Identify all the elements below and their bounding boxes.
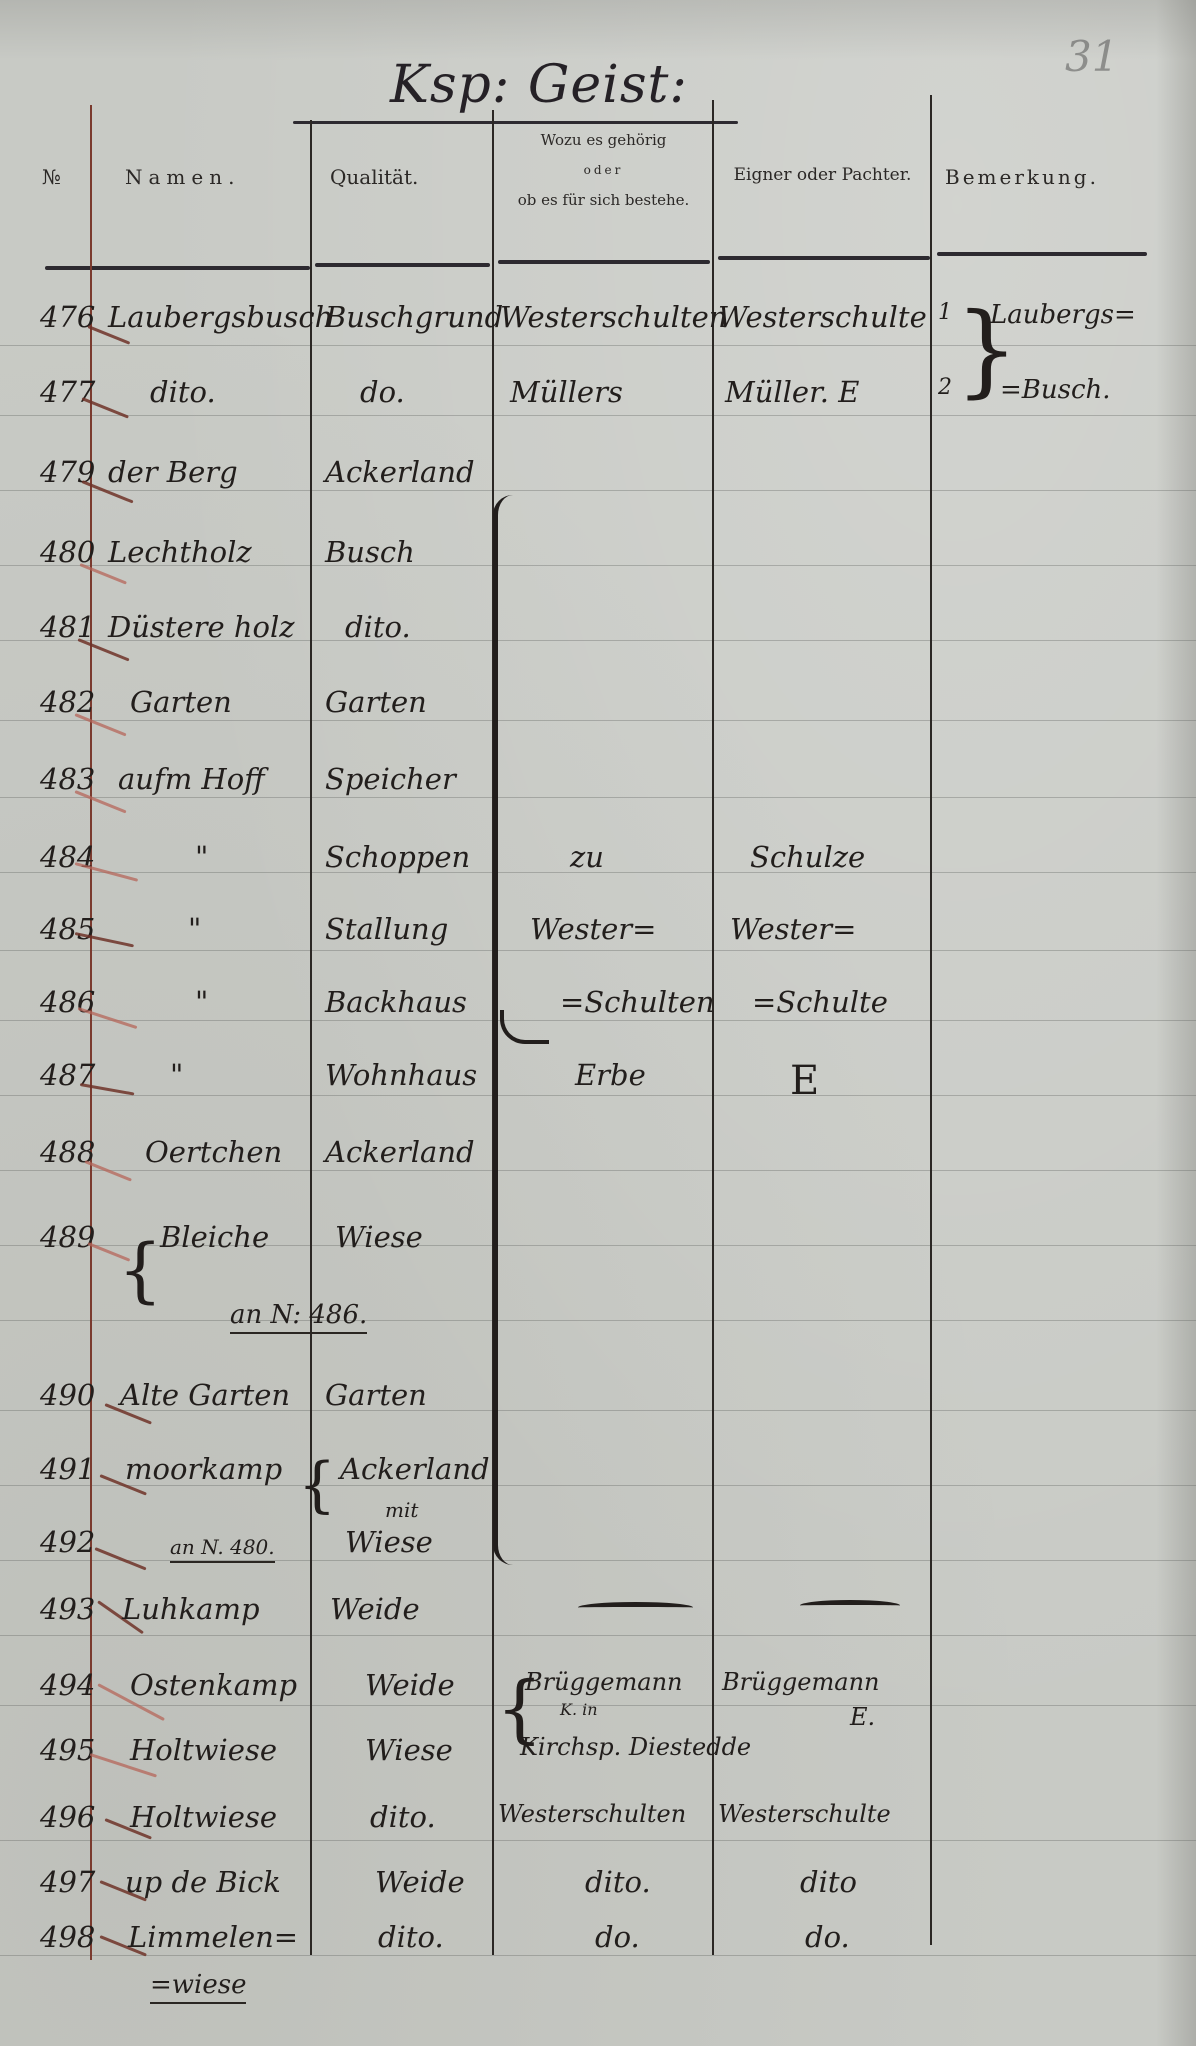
row-wozu: Brüggemann bbox=[525, 1668, 682, 1696]
row-name: Alte Garten bbox=[120, 1378, 290, 1412]
table-row: 482 Garten Garten bbox=[0, 685, 1196, 745]
table-row: 493 Luhkamp Weide bbox=[0, 1592, 1196, 1652]
brace-icon: { bbox=[298, 1455, 336, 1515]
row-wozu: do. bbox=[595, 1920, 640, 1954]
row-qualitaet: Wiese bbox=[365, 1733, 453, 1767]
header-wozu-line3: ob es für sich bestehe. bbox=[496, 185, 711, 215]
row-name: " bbox=[170, 1058, 183, 1092]
row-eigner: Müller. E bbox=[725, 375, 859, 409]
page-number: 31 bbox=[1065, 32, 1118, 81]
row-number: 480 bbox=[40, 535, 100, 569]
row-name: moorkamp bbox=[125, 1452, 282, 1486]
row-qualitaet: dito. bbox=[345, 610, 411, 644]
table-row: 495 Holtwiese Wiese Kirchsp. Diestedde E… bbox=[0, 1733, 1196, 1793]
header-qualitaet: Qualität. bbox=[330, 165, 418, 189]
table-row: 491 moorkamp Ackerland bbox=[0, 1452, 1196, 1512]
row-qualitaet: Busch bbox=[325, 535, 415, 569]
row-number: 498 bbox=[40, 1920, 100, 1954]
row-number: 483 bbox=[40, 762, 100, 796]
table-row: 480 Lechtholz Busch bbox=[0, 535, 1196, 595]
row-number: 496 bbox=[40, 1800, 100, 1834]
row-name: " bbox=[188, 912, 201, 946]
row-name: Düstere holz bbox=[108, 610, 295, 644]
row-qualitaet: do. bbox=[360, 375, 405, 409]
table-row: 485 " Stallung Wester= Wester= bbox=[0, 912, 1196, 972]
paper-shadow-top bbox=[0, 0, 1196, 60]
row-qualitaet: Ackerland bbox=[325, 1135, 475, 1169]
row-name: Limmelen= bbox=[128, 1920, 298, 1954]
row-name: Luhkamp bbox=[122, 1592, 260, 1626]
header-bottom-rule bbox=[315, 263, 490, 267]
header-wozu-line2: oder bbox=[496, 155, 711, 185]
row-name: der Berg bbox=[108, 455, 238, 489]
row-number: 482 bbox=[40, 685, 100, 719]
header-bottom-rule bbox=[45, 266, 310, 270]
table-row: 497 up de Bick Weide dito. dito bbox=[0, 1865, 1196, 1925]
row-eigner: dito bbox=[800, 1865, 857, 1899]
row-wozu: Kirchsp. Diestedde bbox=[520, 1733, 751, 1761]
table-row: 487 " Wohnhaus Erbe E bbox=[0, 1058, 1196, 1118]
row-name: Ostenkamp bbox=[130, 1668, 297, 1702]
row-number: 491 bbox=[40, 1452, 100, 1486]
row-qualitaet: Ackerland bbox=[325, 455, 475, 489]
table-row: 496 Holtwiese dito. Westerschulten Weste… bbox=[0, 1800, 1196, 1860]
header-bottom-rule bbox=[498, 260, 710, 264]
row-number: 494 bbox=[40, 1668, 100, 1702]
table-row: 486 " Backhaus =Schulten =Schulte bbox=[0, 985, 1196, 1045]
row-wozu: dito. bbox=[585, 1865, 651, 1899]
table-row: 488 Oertchen Ackerland bbox=[0, 1135, 1196, 1195]
table-row: 483 aufm Hoff Speicher bbox=[0, 762, 1196, 822]
row-wozu: Westerschulten bbox=[500, 300, 727, 334]
flourish-divider bbox=[800, 1600, 900, 1611]
strike-mark bbox=[94, 1547, 146, 1570]
row-wozu: Erbe bbox=[575, 1058, 646, 1092]
flourish-divider bbox=[578, 1602, 693, 1613]
row-bemerkung-index: 1 bbox=[938, 300, 952, 325]
row-name: dito. bbox=[150, 375, 216, 409]
row-qualitaet: Garten bbox=[325, 1378, 427, 1412]
row-qualitaet: Stallung bbox=[325, 912, 448, 946]
row-name: Holtwiese bbox=[130, 1800, 277, 1834]
row-number: 485 bbox=[40, 912, 100, 946]
row-name: Bleiche bbox=[160, 1220, 269, 1254]
row-number: 497 bbox=[40, 1865, 100, 1899]
bemerkung-text-1: Laubergs= bbox=[990, 300, 1136, 330]
row-qualitaet: Schoppen bbox=[325, 840, 470, 874]
header-wozu: Wozu es gehörig oder ob es für sich best… bbox=[496, 125, 711, 215]
row-number: 481 bbox=[40, 610, 100, 644]
row-name: " bbox=[195, 840, 208, 874]
table-row: 484 " Schoppen zu Schulze bbox=[0, 840, 1196, 900]
header-bemerkung: Bemerkung. bbox=[945, 165, 1099, 189]
table-row: 494 Ostenkamp Weide Brüggemann Brüggeman… bbox=[0, 1668, 1196, 1728]
row-qualitaet: dito. bbox=[378, 1920, 444, 1954]
header-eigner: Eigner oder Pachter. bbox=[715, 165, 930, 185]
row-qualitaet: Buschgrund bbox=[325, 300, 503, 334]
row-qualitaet: Garten bbox=[325, 685, 427, 719]
row-eigner: E. bbox=[850, 1703, 875, 1731]
ruled-line bbox=[0, 1320, 1196, 1321]
row-name: Garten bbox=[130, 685, 232, 719]
row-eigner: Westerschulte bbox=[718, 300, 927, 334]
table-row: 489 Bleiche Wiese bbox=[0, 1220, 1196, 1280]
parish-title: Ksp: Geist: bbox=[390, 55, 688, 115]
row-eigner: Westerschulte bbox=[718, 1800, 891, 1828]
row-bemerkung-index: 2 bbox=[938, 375, 952, 400]
row-qualitaet: Weide bbox=[375, 1865, 465, 1899]
row-eigner: Brüggemann bbox=[722, 1668, 879, 1696]
row-name: Holtwiese bbox=[130, 1733, 277, 1767]
header-namen: Namen. bbox=[125, 165, 240, 189]
row-eigner: Wester= bbox=[730, 912, 856, 946]
row-number: 492 bbox=[40, 1525, 100, 1559]
row-qualitaet: dito. bbox=[370, 1800, 436, 1834]
row-wozu: =Schulten bbox=[560, 985, 715, 1019]
row-name: Laubergsbusch bbox=[108, 300, 333, 334]
row-name: Lechtholz bbox=[108, 535, 252, 569]
row-qualitaet: Weide bbox=[365, 1668, 455, 1702]
row-wozu: Wester= bbox=[530, 912, 656, 946]
row-eigner: =Schulte bbox=[752, 985, 888, 1019]
row-number: 489 bbox=[40, 1220, 100, 1254]
row-491-mit: mit bbox=[385, 1498, 418, 1522]
row-495-superscript: K. in bbox=[560, 1700, 598, 1719]
header-no: № bbox=[42, 165, 61, 189]
row-qualitaet: Wohnhaus bbox=[325, 1058, 477, 1092]
row-qualitaet: Ackerland bbox=[340, 1452, 490, 1486]
row-name: up de Bick bbox=[125, 1865, 281, 1899]
row-498-continuation: =wiese bbox=[150, 1970, 246, 2004]
row-number: 490 bbox=[40, 1378, 100, 1412]
header-wozu-line1: Wozu es gehörig bbox=[496, 125, 711, 155]
row-wozu: Westerschulten bbox=[498, 1800, 686, 1828]
row-489-cross-reference: an N: 486. bbox=[230, 1300, 367, 1334]
strike-mark bbox=[84, 1160, 131, 1182]
brace-icon: { bbox=[118, 1235, 163, 1305]
row-qualitaet: Wiese bbox=[335, 1220, 423, 1254]
row-qualitaet: Weide bbox=[330, 1592, 420, 1626]
row-number: 493 bbox=[40, 1592, 100, 1626]
row-492-cross-reference: an N. 480. bbox=[170, 1535, 275, 1563]
row-qualitaet: Backhaus bbox=[325, 985, 467, 1019]
row-wozu: zu bbox=[570, 840, 604, 874]
row-name: aufm Hoff bbox=[118, 762, 265, 796]
row-eigner: E bbox=[790, 1058, 819, 1104]
bemerkung-text-2: =Busch. bbox=[1000, 375, 1111, 405]
header-bottom-rule bbox=[718, 256, 930, 260]
row-eigner: Schulze bbox=[750, 840, 865, 874]
table-row: 479 der Berg Ackerland bbox=[0, 455, 1196, 515]
table-row: 481 Düstere holz dito. bbox=[0, 610, 1196, 670]
row-qualitaet: Speicher bbox=[325, 762, 456, 796]
title-underline bbox=[293, 121, 738, 124]
row-qualitaet: Wiese bbox=[345, 1525, 433, 1559]
row-wozu: Müllers bbox=[510, 375, 623, 409]
row-eigner: do. bbox=[805, 1920, 850, 1954]
row-number: 495 bbox=[40, 1733, 100, 1767]
strike-mark bbox=[74, 713, 126, 736]
header-bottom-rule bbox=[937, 252, 1147, 256]
table-row: 490 Alte Garten Garten bbox=[0, 1378, 1196, 1438]
row-name: Oertchen bbox=[145, 1135, 282, 1169]
row-name: " bbox=[195, 985, 208, 1019]
